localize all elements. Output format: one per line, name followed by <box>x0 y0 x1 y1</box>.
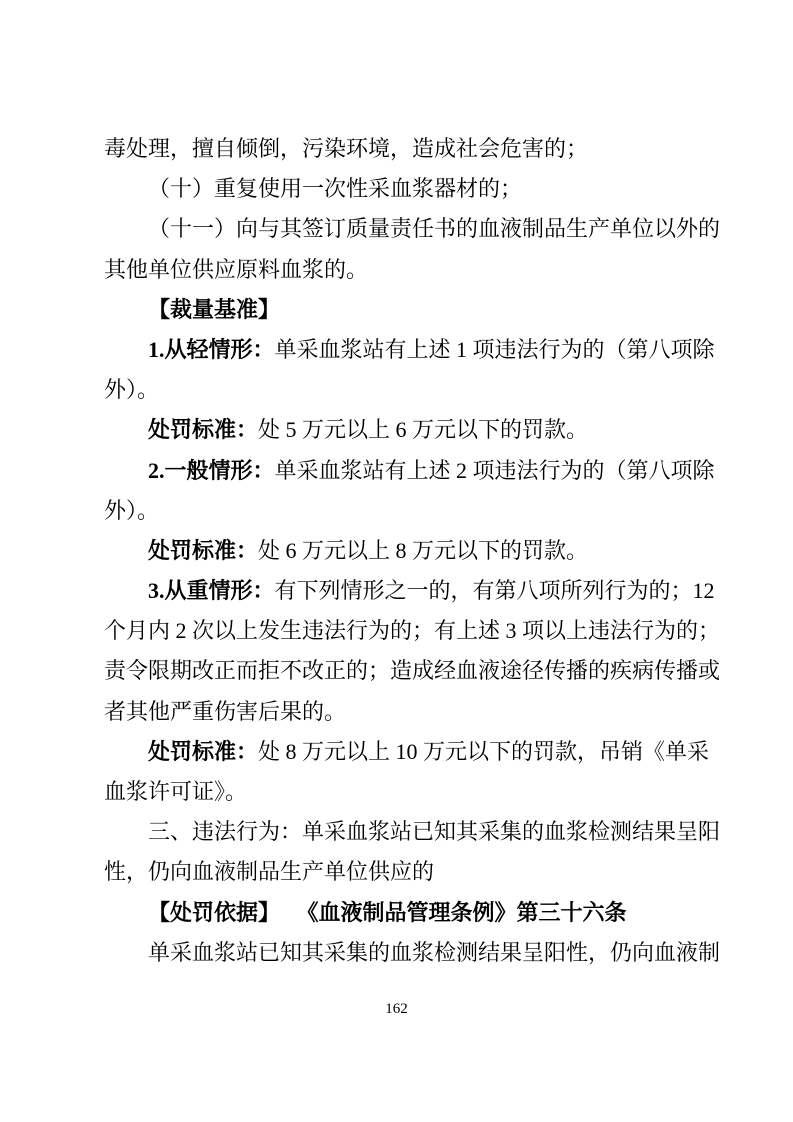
line-text: 单采血浆站有上述 1 项违法行为的（第八项除 <box>275 337 715 362</box>
page-number: 162 <box>0 999 793 1019</box>
line-text: 性，仍向血液制品生产单位供应的 <box>104 859 434 884</box>
section-heading: 【裁量基准】 <box>104 290 690 330</box>
text-line: 责令限期改正而拒不改正的；造成经血液途径传播的疾病传播或 <box>104 651 690 691</box>
line-bold-prefix: 2.一般情形： <box>148 458 275 483</box>
line-text: 其他单位供应原料血浆的。 <box>104 257 368 282</box>
text-line: 其他单位供应原料血浆的。 <box>104 250 690 290</box>
line-text: 者其他严重伤害后果的。 <box>104 699 346 724</box>
document-page: 毒处理，擅自倾倒，污染环境，造成社会危害的； （十）重复使用一次性采血浆器材的；… <box>0 0 793 1122</box>
line-text: 责令限期改正而拒不改正的；造成经血液途径传播的疾病传播或 <box>104 658 720 683</box>
line-text: 个月内 2 次以上发生违法行为的；有上述 3 项以上违法行为的； <box>104 618 720 643</box>
line-bold-prefix: 3.从重情形： <box>148 578 275 603</box>
line-text: 外）。 <box>104 498 159 523</box>
line-text: 处 6 万元以上 8 万元以下的罚款。 <box>258 538 588 563</box>
text-line: （十）重复使用一次性采血浆器材的； <box>104 169 690 209</box>
text-line: 血浆许可证》。 <box>104 772 690 812</box>
text-line: 三、违法行为：单采血浆站已知其采集的血浆检测结果呈阳 <box>104 812 690 852</box>
line-bold-prefix: 【裁量基准】 <box>148 297 280 322</box>
text-line: 1.从轻情形：单采血浆站有上述 1 项违法行为的（第八项除 <box>104 330 690 370</box>
text-line: 者其他严重伤害后果的。 <box>104 692 690 732</box>
text-line: 毒处理，擅自倾倒，污染环境，造成社会危害的； <box>104 129 690 169</box>
text-line: 性，仍向血液制品生产单位供应的 <box>104 852 690 892</box>
line-text: 有下列情形之一的，有第八项所列行为的；12 <box>275 578 715 603</box>
line-text: （十）重复使用一次性采血浆器材的； <box>148 176 522 201</box>
line-bold-prefix: 处罚标准： <box>148 538 258 563</box>
section-heading: 【处罚依据】 《血液制品管理条例》第三十六条 <box>104 893 690 933</box>
line-text: 单采血浆站已知其采集的血浆检测结果呈阳性，仍向血液制 <box>148 940 720 965</box>
text-line: 外）。 <box>104 370 690 410</box>
line-bold-prefix: 处罚标准： <box>148 417 258 442</box>
text-line: 处罚标准：处 5 万元以上 6 万元以下的罚款。 <box>104 410 690 450</box>
line-bold-prefix: 处罚标准： <box>148 739 258 764</box>
line-text: 血浆许可证》。 <box>104 779 247 804</box>
text-line: 单采血浆站已知其采集的血浆检测结果呈阳性，仍向血液制 <box>104 933 690 973</box>
document-body: 毒处理，擅自倾倒，污染环境，造成社会危害的； （十）重复使用一次性采血浆器材的；… <box>104 129 690 973</box>
line-text: 处 8 万元以上 10 万元以下的罚款，吊销《单采 <box>258 739 709 764</box>
text-line: （十一）向与其签订质量责任书的血液制品生产单位以外的 <box>104 209 690 249</box>
line-text: 外）。 <box>104 377 159 402</box>
line-text: 处 5 万元以上 6 万元以下的罚款。 <box>258 417 588 442</box>
line-bold-prefix: 1.从轻情形： <box>148 337 275 362</box>
line-text: 单采血浆站有上述 2 项违法行为的（第八项除 <box>275 458 715 483</box>
line-bold-prefix: 【处罚依据】 《血液制品管理条例》第三十六条 <box>148 900 627 925</box>
text-line: 处罚标准：处 6 万元以上 8 万元以下的罚款。 <box>104 531 690 571</box>
text-line: 个月内 2 次以上发生违法行为的；有上述 3 项以上违法行为的； <box>104 611 690 651</box>
text-line: 3.从重情形：有下列情形之一的，有第八项所列行为的；12 <box>104 571 690 611</box>
text-line: 外）。 <box>104 491 690 531</box>
line-text: （十一）向与其签订质量责任书的血液制品生产单位以外的 <box>148 216 720 241</box>
text-line: 处罚标准：处 8 万元以上 10 万元以下的罚款，吊销《单采 <box>104 732 690 772</box>
line-text: 毒处理，擅自倾倒，污染环境，造成社会危害的； <box>104 136 588 161</box>
line-text: 三、违法行为：单采血浆站已知其采集的血浆检测结果呈阳 <box>148 819 720 844</box>
text-line: 2.一般情形：单采血浆站有上述 2 项违法行为的（第八项除 <box>104 451 690 491</box>
